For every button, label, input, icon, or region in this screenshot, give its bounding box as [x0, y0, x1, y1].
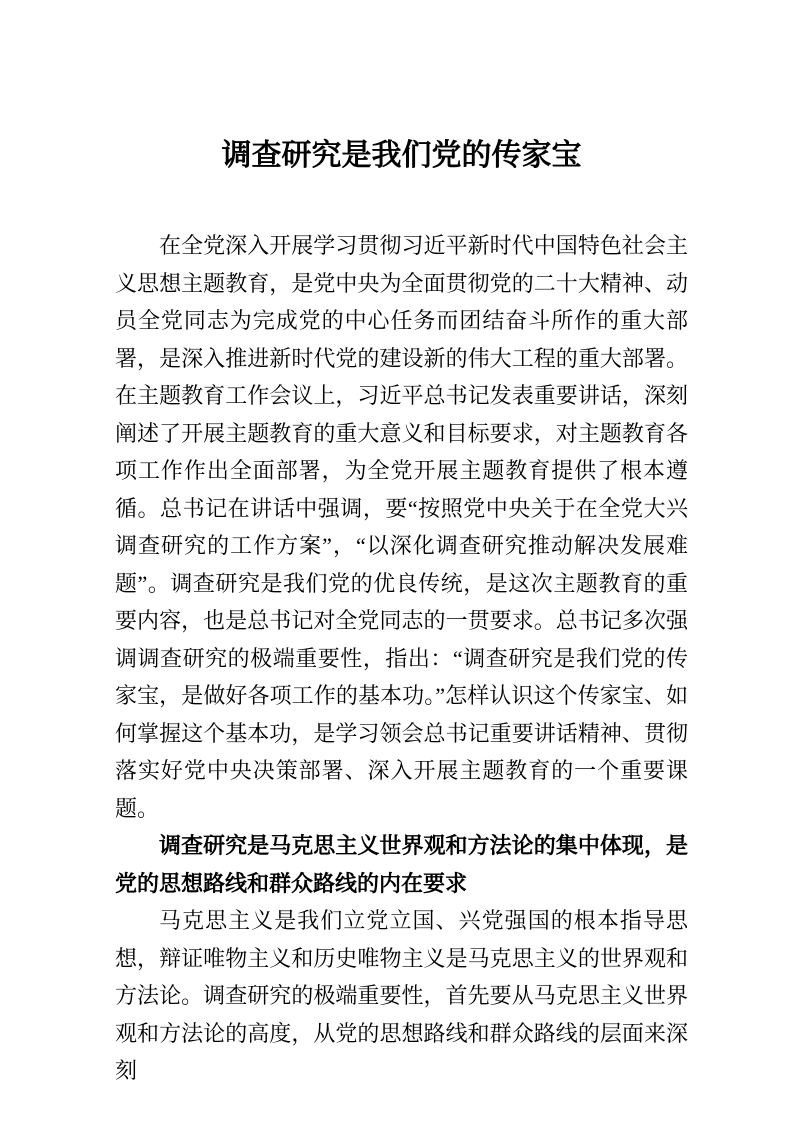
body-paragraph: 马克思主义是我们立党立国、兴党强国的根本指导思想，辩证唯物主义和历史唯物主义是马…: [115, 902, 688, 1090]
intro-paragraph: 在全党深入开展学习贯彻习近平新时代中国特色社会主义思想主题教育，是党中央为全面贯…: [115, 227, 688, 827]
document-title: 调查研究是我们党的传家宝: [115, 134, 688, 178]
section-heading: 调查研究是马克思主义世界观和方法论的集中体现，是党的思想路线和群众路线的内在要求: [115, 827, 688, 902]
document-page: 调查研究是我们党的传家宝 在全党深入开展学习贯彻习近平新时代中国特色社会主义思想…: [0, 0, 793, 1122]
